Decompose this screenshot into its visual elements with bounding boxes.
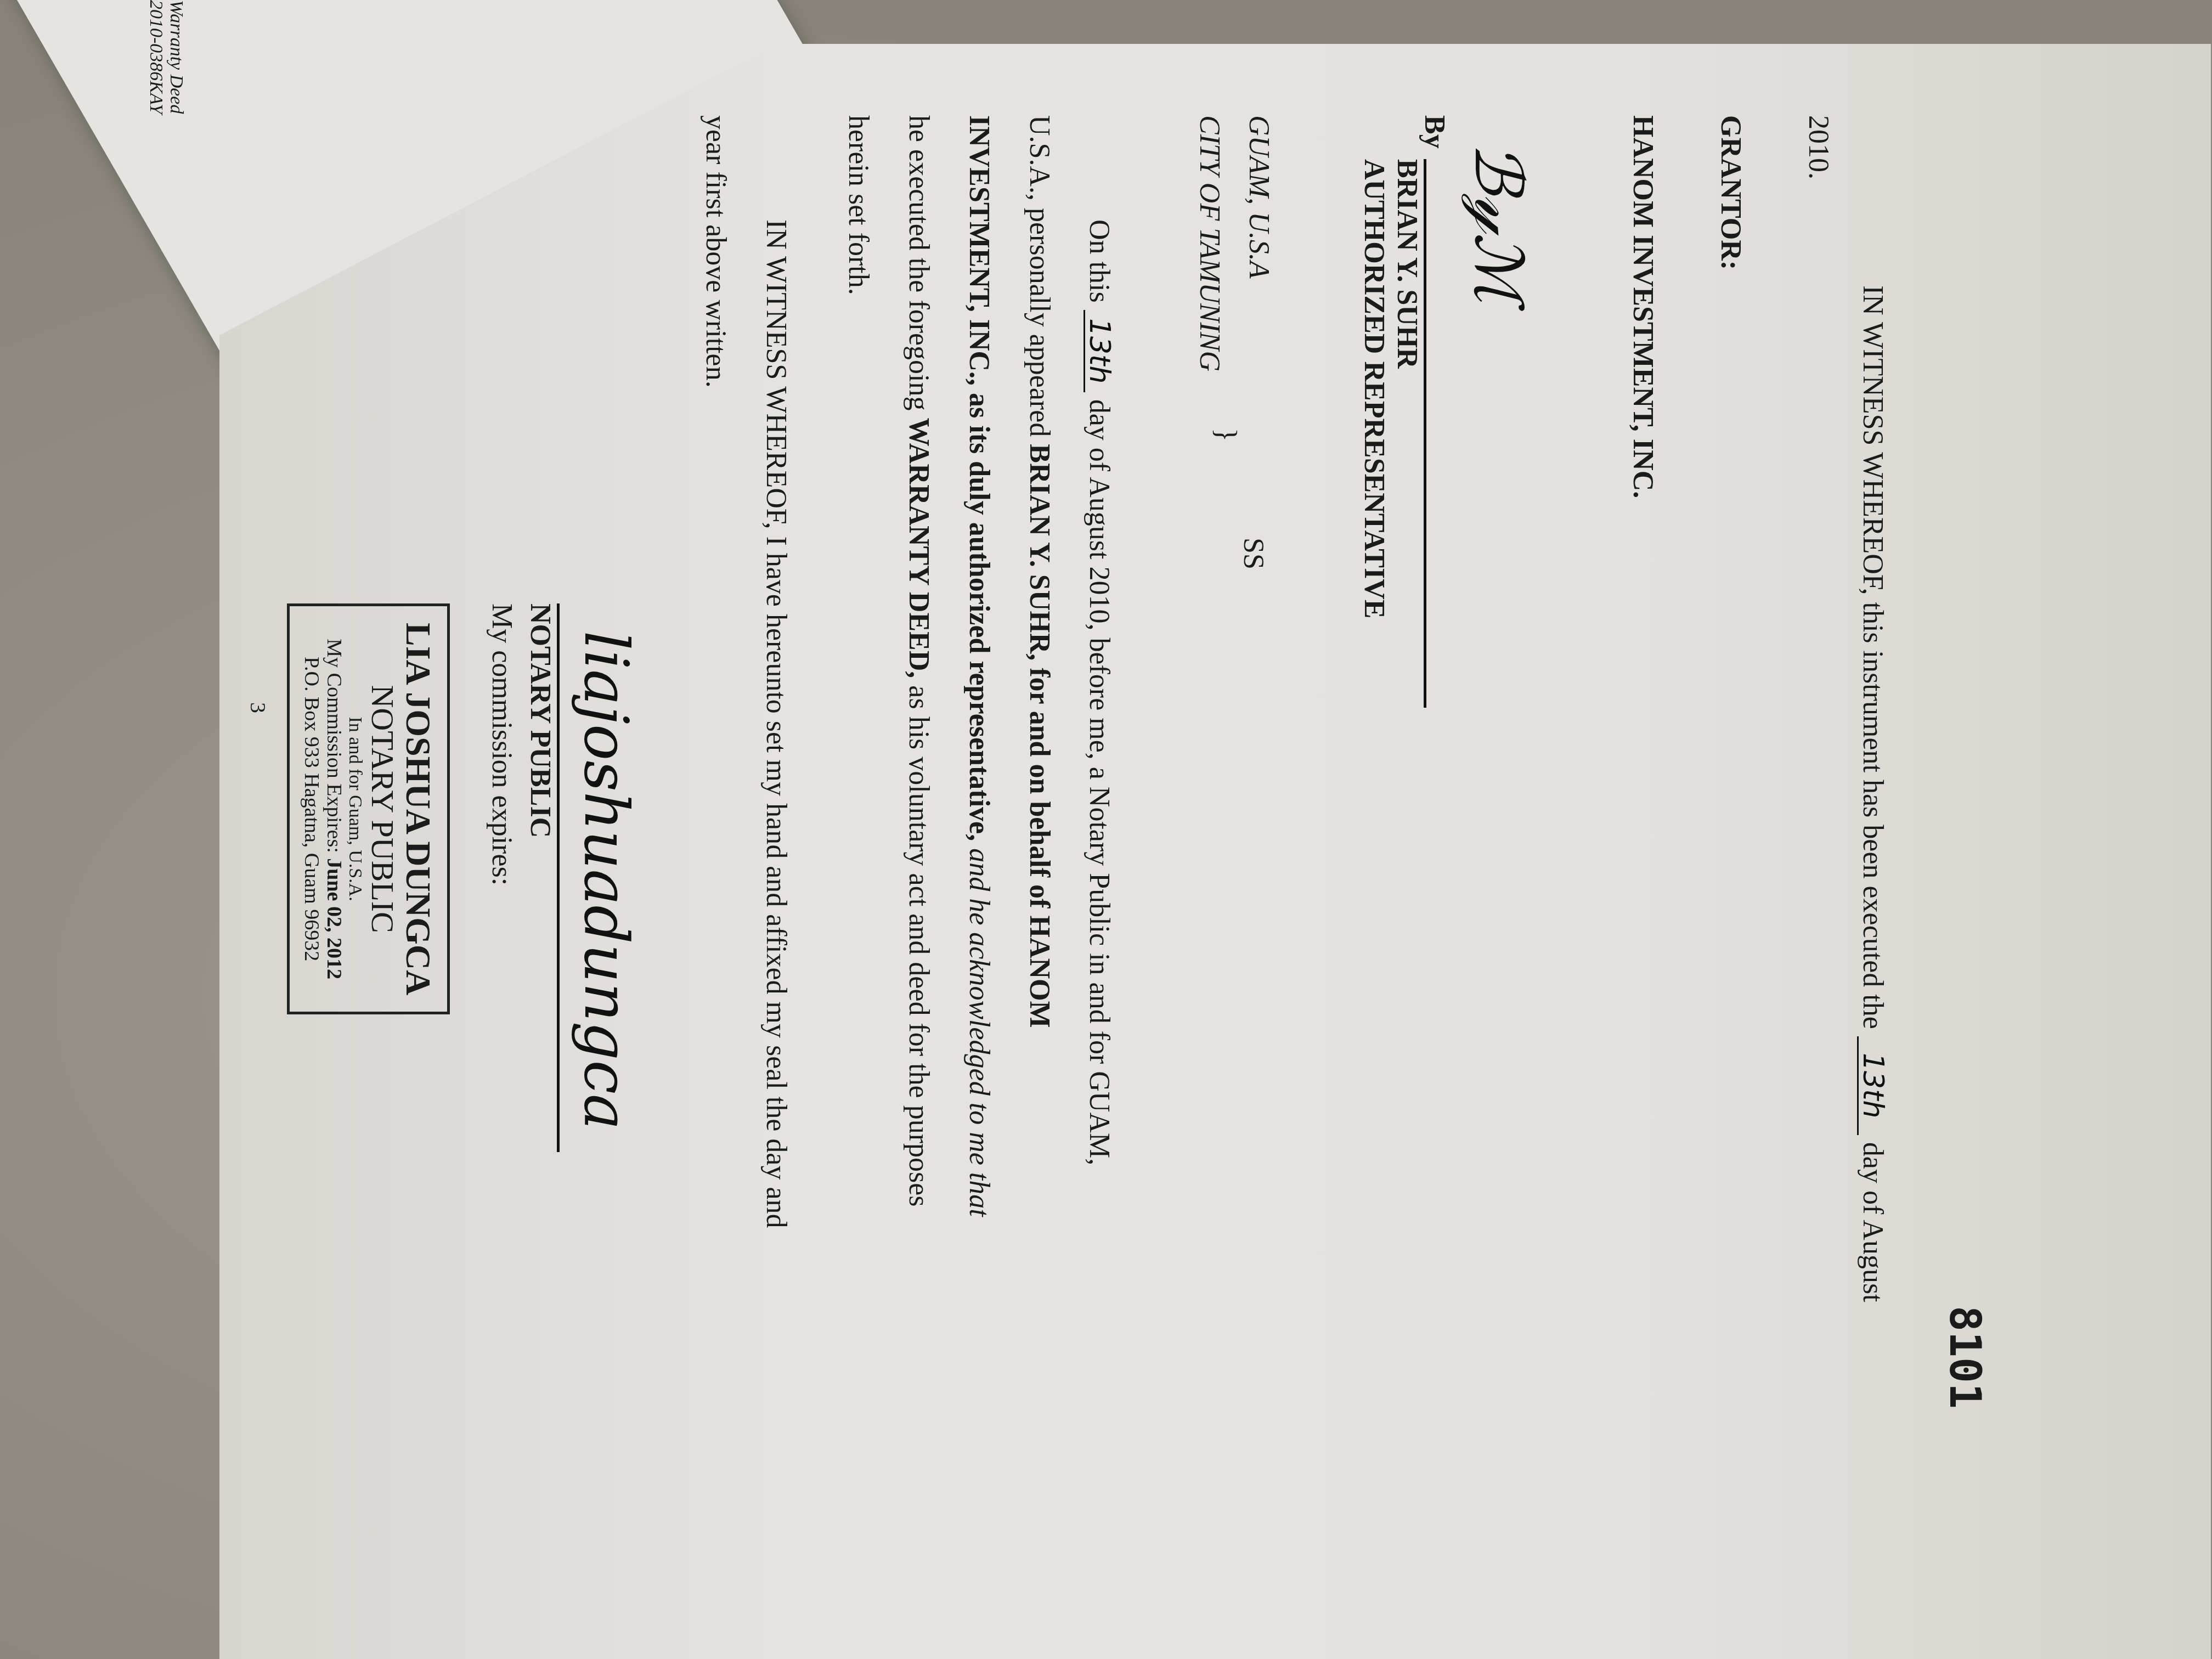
venue-city: CITY OF TAMUNING [1195,115,1223,371]
notary-stamp: LIA JOSHUA DUNGCA NOTARY PUBLIC In and f… [287,603,450,1014]
notary-signature: liajoshuadungca [576,631,636,1130]
grantor-signature: ℬ𝓎ℳ [1465,143,1531,303]
stamp-jurisdiction: In and for Guam, U.S.A. [345,623,365,995]
signer-title: AUTHORIZED REPRESENTATIVE [1359,159,1388,618]
deed-page-content: 8101 IN WITNESS WHEREOF, this instrument… [132,55,1997,1536]
handwritten-day: 13th [1857,1036,1887,1135]
stamp-notary-title: NOTARY PUBLIC [365,623,399,995]
stamp-notary-name: LIA JOSHUA DUNGCA [399,623,437,995]
signer-name: BRIAN Y. SUHR [1392,159,1421,369]
by-label: By [1420,115,1448,149]
witness-year: 2010. [1804,115,1832,179]
notary-commission-label: My commission expires: [487,603,516,885]
ack-line-2: U.S.A., personally appeared BRIAN Y. SUH… [1025,115,1053,1028]
stamp-address: P.O. Box 933 Hagatna, Guam 96932 [300,623,322,995]
closing-line-1: IN WITNESS WHEREOF, I have hereunto set … [761,219,790,1228]
page-number: 3 [247,702,269,713]
stamp-commission: My Commission Expires: June 02, 2012 [323,623,345,995]
notary-title: NOTARY PUBLIC [526,603,554,838]
venue-state: GUAM, U.S.A [1244,115,1273,279]
notary-signature-line [557,603,560,1152]
ack-line-5: herein set forth. [844,115,872,295]
ack-handwritten-day: 13th [1084,310,1114,392]
venue-ss: SS [1239,538,1267,569]
ack-line-4: he executed the foregoing WARRANTY DEED,… [904,115,933,1207]
grantor-label: GRANTOR: [1716,115,1745,270]
grantee-block: GRANTEE: K & D GUAM, LLC [253,0,550,5]
grantee-label: GRANTEE: [276,0,550,5]
footer-doc-type: Warranty Deed [166,0,187,114]
closing-line-2: year first above written. [701,115,730,388]
ack-line-1: On this 13th day of August 2010, before … [1084,219,1114,1165]
signature-line [1424,159,1426,708]
ack-line-3: INVESTMENT, INC., as its duly authorized… [964,115,993,1217]
footer: Warranty Deed 2010-0386KAY [145,0,187,114]
footer-doc-number: 2010-0386KAY [145,0,166,114]
witness-clause: IN WITNESS WHEREOF, this instrument has … [1857,285,1887,1302]
stamp-number: 8101 [1943,1306,1986,1409]
venue-brace: } [1211,428,1240,442]
grantor-name: HANOM INVESTMENT, INC. [1628,115,1657,498]
